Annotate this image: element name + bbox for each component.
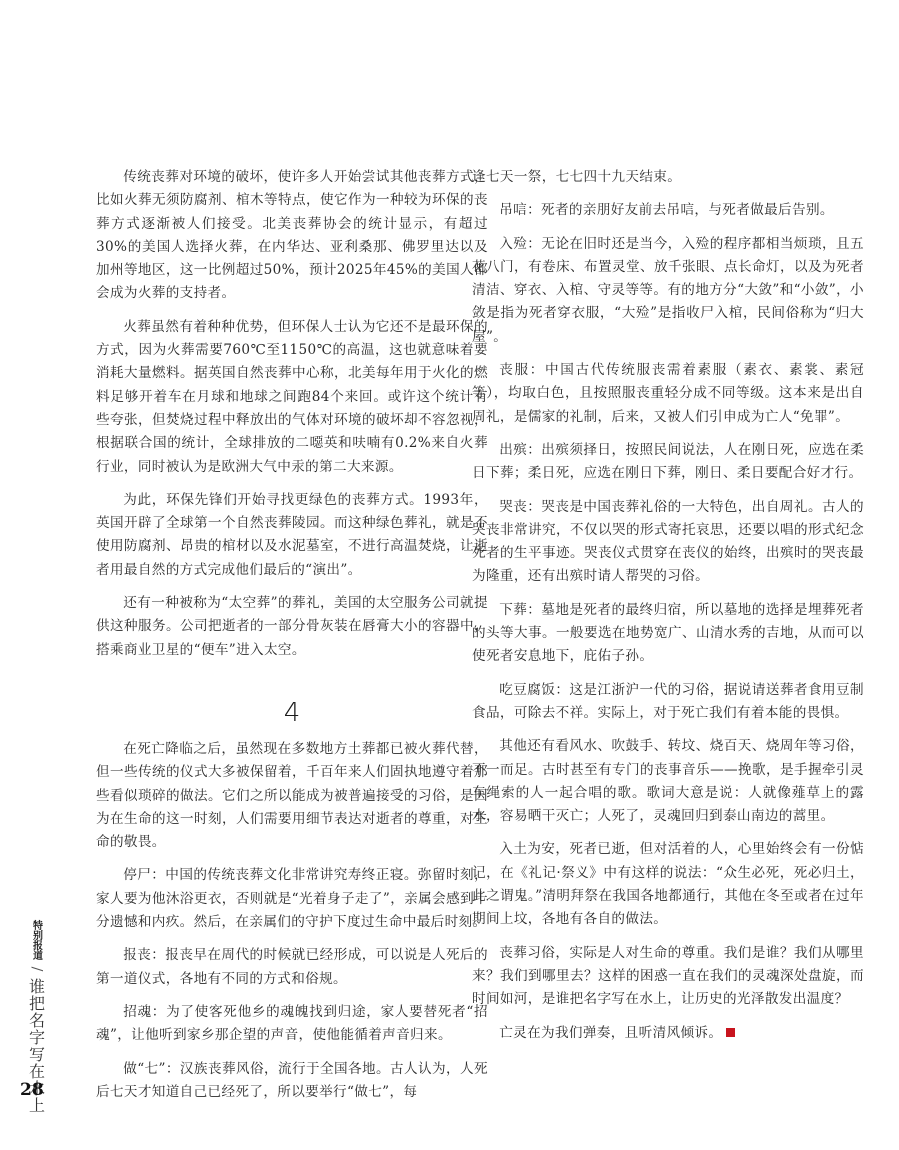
paragraph: 做“七”：汉族丧葬风俗，流行于全国各地。古人认为，人死后七天才知道自己已经死了，… <box>96 1058 488 1105</box>
divider: / <box>29 967 43 972</box>
section-number: 4 <box>96 698 488 728</box>
paragraph: 在死亡降临之后，虽然现在多数地方土葬都已被火葬代替，但一些传统的仪式大多被保留着… <box>96 738 488 854</box>
paragraph: 为此，环保先锋们开始寻找更绿色的丧葬方式。1993年，英国开辟了全球第一个自然丧… <box>96 489 488 582</box>
closing-text: 亡灵在为我们弹奏，且听清风倾诉。 <box>499 1025 722 1041</box>
paragraph: 停尸：中国的传统丧葬文化非常讲究寿终正寝。弥留时刻，家人要为他沐浴更衣，否则就是… <box>96 864 488 934</box>
paragraph: 入土为安，死者已逝，但对活着的人，心里始终会有一份惦记，在《礼记·祭义》中有这样… <box>472 838 864 931</box>
left-column: 传统丧葬对环境的破坏，使许多人开始尝试其他丧葬方式，比如火葬无须防腐剂、棺木等特… <box>96 166 488 1114</box>
paragraph: 哭丧：哭丧是中国丧葬礼俗的一大特色，出自周礼。古人的哭丧非常讲究，不仅以哭的形式… <box>472 496 864 589</box>
paragraph: 入殓：无论在旧时还是当今，入殓的程序都相当烦琐，且五花八门，有卷床、布置灵堂、放… <box>472 233 864 349</box>
paragraph: 吃豆腐饭：这是江浙沪一代的习俗，据说请送葬者食用豆制食品，可除去不祥。实际上，对… <box>472 679 864 726</box>
paragraph: 火葬虽然有着种种优势，但环保人士认为它还不是最环保的方式，因为火葬需要760℃至… <box>96 316 488 479</box>
paragraph-continuation: 逢七天一祭，七七四十九天结束。 <box>472 166 864 189</box>
paragraph: 报丧：报丧早在周代的时候就已经形成，可以说是人死后的第一道仪式，各地有不同的方式… <box>96 944 488 991</box>
paragraph: 丧服：中国古代传统服丧需着素服（素衣、素裳、素冠等），均取白色，且按照服丧重轻分… <box>472 359 864 429</box>
magazine-page: 传统丧葬对环境的破坏，使许多人开始尝试其他丧葬方式，比如火葬无须防腐剂、棺木等特… <box>0 0 899 1150</box>
section-label: 特别报道 <box>29 920 44 960</box>
paragraph: 还有一种被称为“太空葬”的葬礼，美国的太空服务公司就提供这种服务。公司把逝者的一… <box>96 592 488 662</box>
paragraph: 丧葬习俗，实际是人对生命的尊重。我们是谁？我们从哪里来？我们到哪里去？这样的困惑… <box>472 942 864 1012</box>
paragraph: 吊唁：死者的亲朋好友前去吊唁，与死者做最后告别。 <box>472 199 864 222</box>
paragraph: 其他还有看风水、吹鼓手、转坟、烧百天、烧周年等习俗，不一而足。古时甚至有专门的丧… <box>472 735 864 828</box>
end-mark-icon <box>726 1028 735 1037</box>
page-number: 28 <box>20 1080 44 1100</box>
closing-paragraph: 亡灵在为我们弹奏，且听清风倾诉。 <box>472 1022 864 1045</box>
paragraph: 下葬：墓地是死者的最终归宿，所以墓地的选择是埋葬死者的头等大事。一般要选在地势宽… <box>472 599 864 669</box>
paragraph: 出殡：出殡须择日，按照民间说法，人在刚日死，应选在柔日下葬；柔日死，应选在刚日下… <box>472 439 864 486</box>
paragraph: 招魂：为了使客死他乡的魂魄找到归途，家人要替死者“招魂”，让他听到家乡那企望的声… <box>96 1001 488 1048</box>
right-column: 逢七天一祭，七七四十九天结束。 吊唁：死者的亲朋好友前去吊唁，与死者做最后告别。… <box>472 166 864 1055</box>
paragraph: 传统丧葬对环境的破坏，使许多人开始尝试其他丧葬方式，比如火葬无须防腐剂、棺木等特… <box>96 166 488 306</box>
